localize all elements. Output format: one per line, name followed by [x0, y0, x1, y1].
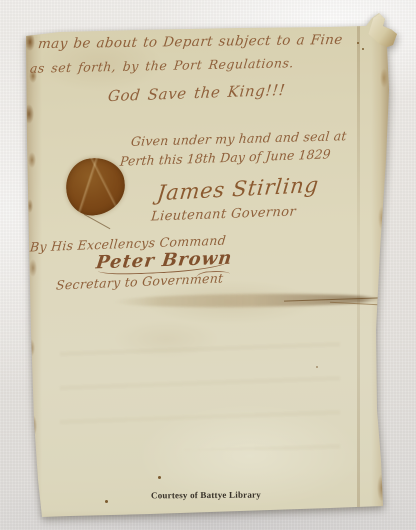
manuscript-line: may be about to Depart subject to a Fine — [37, 32, 343, 52]
ink-speck — [357, 42, 359, 44]
attestation-line-date: Perth this 18th Day of June 1829 — [119, 146, 331, 168]
foxing-left-edge — [24, 28, 42, 520]
manuscript-line-god-save-the-king: God Save the King!!! — [107, 81, 286, 105]
library-credit-caption: Courtesy of Battye Library — [151, 490, 261, 501]
signatory-title: Lieutenant Governor — [150, 204, 296, 224]
manuscript-line: as set forth, by the Port Regulations. — [29, 55, 294, 76]
deckle-right-edge — [366, 18, 392, 510]
crack-line — [330, 302, 378, 306]
manuscript-page-wrap: may be about to Depart subject to a Fine… — [0, 0, 416, 530]
pen-scratch-mark — [84, 214, 111, 229]
ink-speck — [316, 366, 318, 368]
vertical-crease — [357, 26, 360, 508]
ink-speck — [362, 48, 364, 50]
fold-stain-band — [112, 293, 380, 309]
wax-seal-icon — [63, 155, 129, 219]
manuscript-page: may be about to Depart subject to a Fine… — [0, 0, 416, 530]
ink-speck — [105, 500, 108, 503]
signature-james-stirling: James Stirling — [156, 173, 320, 206]
ink-speck — [158, 476, 161, 479]
attestation-line: Given under my hand and seal at — [130, 128, 347, 149]
verso-ink-showthrough — [60, 330, 340, 450]
photo-of-manuscript: may be about to Depart subject to a Fine… — [0, 0, 416, 530]
countersignatory-title: Secretary to Government — [55, 270, 224, 292]
torn-corner-flap — [368, 13, 398, 49]
